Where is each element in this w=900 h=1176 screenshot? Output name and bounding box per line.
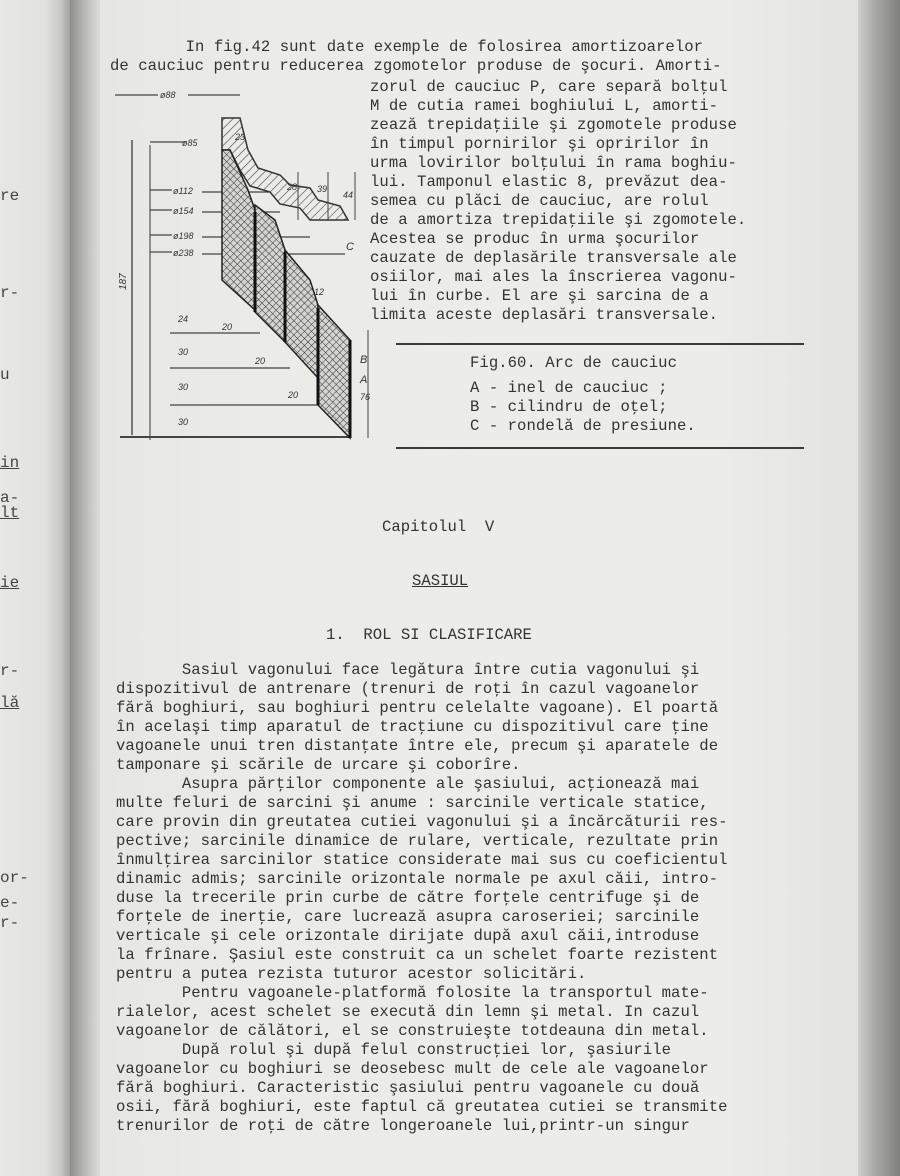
text-line: vagoanele unui tren distanţate între ele… (116, 739, 718, 755)
text-line: fără boghiuri. Caracteristic şasiului pe… (116, 1081, 699, 1097)
text-line: care provin din greutatea cutiei vagonul… (116, 815, 728, 831)
svg-text:30: 30 (178, 347, 188, 357)
text-line: tamponare şi scările de urcare şi coborî… (116, 758, 521, 774)
svg-text:39: 39 (317, 184, 327, 194)
text-line: limita aceste deplasări transversale. (370, 308, 718, 324)
legend-item: A - inel de cauciuc ; (470, 381, 668, 397)
rubber-spring-figure: 187 ø88 ø85 ø112 ø154 ø198 ø238 (110, 80, 370, 450)
text-line: dinamic admis; sarcinile orizontale norm… (116, 872, 718, 888)
margin-fragment: re (0, 188, 19, 204)
legend-item: C - rondelă de presiune. (470, 419, 696, 435)
text-line: M de cutia ramei boghiului L, amorti- (370, 99, 718, 115)
text-line: rialelor, acest schelet se execută din l… (116, 1005, 699, 1021)
svg-text:ø198: ø198 (173, 231, 194, 241)
svg-text:C: C (346, 241, 354, 253)
svg-text:76: 76 (360, 392, 370, 402)
svg-text:20: 20 (287, 390, 298, 400)
svg-text:ø88: ø88 (160, 90, 176, 100)
text-line: cauzate de deplasările transversale ale (370, 251, 737, 267)
text-line: dispozitivul de antrenare (trenuri de ro… (116, 682, 699, 698)
margin-fragment: u (0, 367, 10, 383)
text-line: Sasiul vagonului face legătura între cut… (116, 663, 699, 679)
text-line: la frînare. Şasiul este construit ca un … (116, 948, 718, 964)
margin-fragment: r- (0, 915, 19, 931)
text-line: osii, fără boghiuri, este faptul că greu… (116, 1100, 728, 1116)
chapter-title: SASIUL (412, 572, 468, 590)
text-line: vagoanelor de călători, el se construieş… (116, 1024, 709, 1040)
svg-text:24: 24 (177, 314, 188, 324)
svg-text:ø112: ø112 (173, 186, 193, 196)
caption-title: Fig.60. Arc de cauciuc (470, 356, 677, 372)
text-line: de cauciuc pentru reducerea zgomotelor p… (110, 59, 722, 75)
text-line: zorul de cauciuc P, care separă bolţul (370, 80, 728, 96)
svg-text:187: 187 (118, 273, 129, 290)
text-line: In fig.42 sunt date exemple de folosirea… (148, 40, 703, 56)
text-line: fără boghiuri, sau boghiuri pentru celel… (116, 701, 718, 717)
text-line: zează trepidaţiile şi zgomotele produse (370, 118, 737, 134)
text-line: Acestea se produc în urma şocurilor (370, 232, 699, 248)
text-line: lui în curbe. El are şi sarcina de a (370, 289, 709, 305)
svg-text:ø85: ø85 (182, 138, 199, 148)
margin-fragment: ie (0, 575, 19, 591)
svg-text:B: B (360, 354, 367, 366)
text-line: în acelaşi timp aparatul de tracţiune cu… (116, 720, 709, 736)
svg-text:ø238: ø238 (173, 248, 194, 258)
section-heading: 1. ROL SI CLASIFICARE (326, 626, 532, 644)
svg-text:44: 44 (343, 190, 353, 200)
text-line: pective; sarcinile dinamice de rulare, v… (116, 834, 718, 850)
svg-text:28: 28 (286, 182, 297, 192)
text-line: semea cu plăci de cauciuc, are rolul (370, 194, 709, 210)
svg-text:ø154: ø154 (173, 206, 194, 216)
caption-top-rule (396, 343, 804, 345)
page-right-edge-shadow (858, 0, 900, 1176)
text-line: verticale şi cele orizontale dirijate du… (116, 929, 699, 945)
margin-fragment: in (0, 455, 19, 471)
text-line: multe feluri de sarcini şi anume : sarci… (116, 796, 709, 812)
text-line: înmulţirea sarcinilor statice considerat… (116, 853, 728, 869)
text-line: osiilor, mai ales la înscrierea vagonu- (370, 270, 737, 286)
text-line: pentru a putea rezista tuturor acestor s… (116, 967, 586, 983)
text-line: duse la trecerile prin curbe de către fo… (116, 891, 699, 907)
margin-fragment: lt (0, 505, 19, 521)
svg-text:30: 30 (178, 382, 188, 392)
svg-text:20: 20 (221, 322, 232, 332)
text-line: forţele de inerţie, care lucrează asupra… (116, 910, 699, 926)
margin-fragment: r- (0, 663, 19, 679)
chapter-label: Capitolul V (382, 518, 494, 536)
text-line: După rolul şi după felul construcţiei lo… (116, 1043, 671, 1059)
text-line: trenurilor de roţi de către longeroanele… (116, 1119, 690, 1135)
svg-text:12: 12 (314, 287, 324, 297)
margin-fragment: r- (0, 285, 19, 301)
svg-text:20: 20 (254, 356, 265, 366)
text-line: Pentru vagoanele-platformă folosite la t… (116, 986, 709, 1002)
svg-text:23: 23 (234, 132, 245, 142)
text-line: vagoanelor cu boghiuri se deosebesc mult… (116, 1062, 709, 1078)
svg-text:A: A (359, 374, 367, 386)
svg-text:30: 30 (178, 417, 188, 427)
margin-fragment: lă (0, 695, 19, 711)
margin-fragment: e- (0, 895, 19, 911)
legend-item: B - cilindru de oţel; (470, 400, 668, 416)
caption-bottom-rule (396, 447, 804, 449)
margin-fragment: or- (0, 870, 29, 886)
text-line: urma lovirilor bolţului în rama boghiu- (370, 156, 737, 172)
text-line: de a amortiza trepidaţiile şi zgomotele. (370, 213, 746, 229)
text-line: în timpul pornirilor şi opririlor în (370, 137, 709, 153)
text-line: lui. Tamponul elastic 8, prevăzut dea- (370, 175, 728, 191)
text-line: Asupra părţilor componente ale şasiului,… (116, 777, 699, 793)
